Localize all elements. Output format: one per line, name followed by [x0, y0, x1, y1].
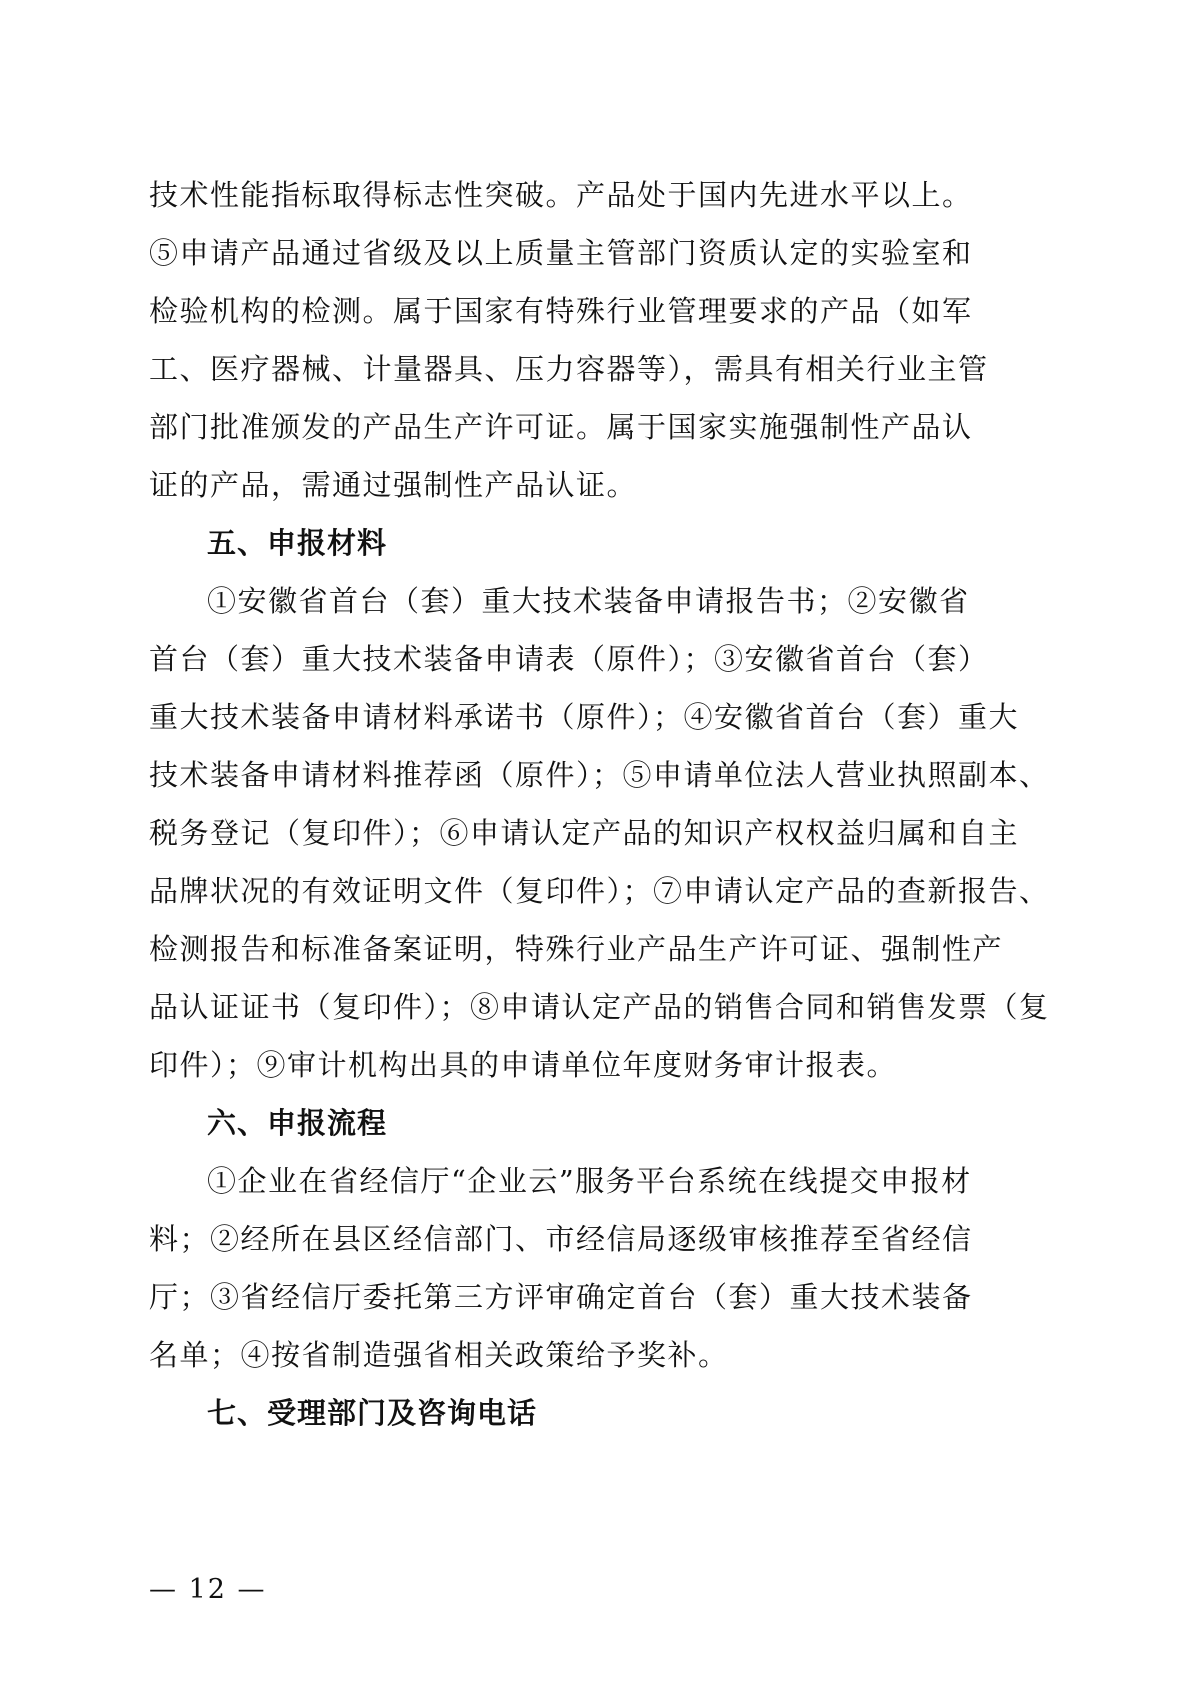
text-line: 技术装备申请材料推荐函（原件）；⑤申请单位法人营业执照副本、: [149, 746, 961, 804]
text-line: 税务登记（复印件）；⑥申请认定产品的知识产权权益归属和自主: [149, 804, 961, 862]
continuation-paragraph: 技术性能指标取得标志性突破。产品处于国内先进水平以上。 ⑤申请产品通过省级及以上…: [149, 166, 961, 514]
text-line: 重大技术装备申请材料承诺书（原件）；④安徽省首台（套）重大: [149, 688, 961, 746]
text-line: 检测报告和标准备案证明，特殊行业产品生产许可证、强制性产: [149, 920, 961, 978]
text-line: 料；②经所在县区经信部门、市经信局逐级审核推荐至省经信: [149, 1210, 961, 1268]
section-heading-contact: 七、受理部门及咨询电话: [149, 1384, 961, 1442]
text-line: 工、医疗器械、计量器具、压力容器等），需具有相关行业主管: [149, 340, 961, 398]
text-line: ①安徽省首台（套）重大技术装备申请报告书；②安徽省: [149, 572, 961, 630]
text-line: 检验机构的检测。属于国家有特殊行业管理要求的产品（如军: [149, 282, 961, 340]
text-line: 技术性能指标取得标志性突破。产品处于国内先进水平以上。: [149, 166, 961, 224]
text-line: ①企业在省经信厅“企业云”服务平台系统在线提交申报材: [149, 1152, 961, 1210]
page-number: — 12 —: [149, 1574, 267, 1605]
text-line: 首台（套）重大技术装备申请表（原件）；③安徽省首台（套）: [149, 630, 961, 688]
section-heading-process: 六、申报流程: [149, 1094, 961, 1152]
text-line: 厅；③省经信厅委托第三方评审确定首台（套）重大技术装备: [149, 1268, 961, 1326]
process-paragraph: ①企业在省经信厅“企业云”服务平台系统在线提交申报材 料；②经所在县区经信部门、…: [149, 1152, 961, 1384]
materials-paragraph: ①安徽省首台（套）重大技术装备申请报告书；②安徽省 首台（套）重大技术装备申请表…: [149, 572, 961, 1094]
text-line: 印件）；⑨审计机构出具的申请单位年度财务审计报表。: [149, 1036, 961, 1094]
section-heading-materials: 五、申报材料: [149, 514, 961, 572]
text-line: 品牌状况的有效证明文件（复印件）；⑦申请认定产品的查新报告、: [149, 862, 961, 920]
text-line: ⑤申请产品通过省级及以上质量主管部门资质认定的实验室和: [149, 224, 961, 282]
text-line: 品认证证书（复印件）；⑧申请认定产品的销售合同和销售发票（复: [149, 978, 961, 1036]
text-line: 部门批准颁发的产品生产许可证。属于国家实施强制性产品认: [149, 398, 961, 456]
text-line: 证的产品，需通过强制性产品认证。: [149, 456, 961, 514]
text-line: 名单；④按省制造强省相关政策给予奖补。: [149, 1326, 961, 1384]
document-body: 技术性能指标取得标志性突破。产品处于国内先进水平以上。 ⑤申请产品通过省级及以上…: [149, 166, 961, 1442]
